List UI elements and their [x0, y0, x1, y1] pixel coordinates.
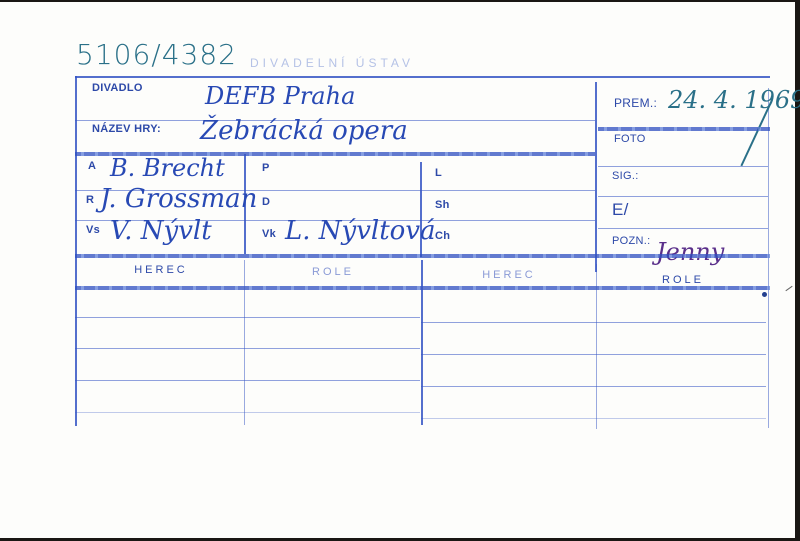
- border-left: [75, 76, 77, 426]
- column-header-role-1: ROLE: [246, 266, 420, 278]
- cast-row-line-4-right: [421, 418, 766, 419]
- cast-cell[interactable]: [248, 354, 418, 376]
- pozn-value[interactable]: Jenny: [656, 238, 724, 266]
- cast-row-line-1-right: [421, 322, 766, 323]
- crew-vs-value[interactable]: V. Nývlt: [110, 216, 212, 246]
- cast-col-divider-1: [244, 260, 245, 425]
- border-right: [768, 88, 769, 428]
- column-header-herec-2: HEREC: [422, 269, 596, 281]
- e-label: E/: [612, 200, 629, 220]
- row-divider-foto: [598, 166, 768, 167]
- divadlo-value[interactable]: DEFB Praha: [205, 82, 355, 110]
- cast-row-line-2-left: [75, 348, 420, 349]
- cast-cell[interactable]: [425, 326, 593, 348]
- crew-r-value[interactable]: J. Grossman: [100, 184, 257, 214]
- cast-cell[interactable]: [600, 390, 765, 412]
- crew-d-label: D: [262, 196, 270, 208]
- nazev-hry-label: NÁZEV HRY:: [92, 123, 161, 135]
- crew-vk-label: Vk: [262, 228, 276, 240]
- cast-row-line-1-left: [75, 317, 420, 318]
- cast-cell[interactable]: [80, 322, 240, 344]
- cast-cell[interactable]: [600, 326, 765, 348]
- cast-col-divider-2: [421, 260, 423, 425]
- crew-vk-value[interactable]: L. Nývltová: [285, 216, 436, 246]
- crew-sh-label: Sh: [435, 199, 450, 211]
- prem-label: PREM.:: [614, 96, 657, 110]
- cast-cell[interactable]: [80, 292, 240, 314]
- crew-r-label: R: [86, 194, 94, 206]
- column-header-herec-1: HEREC: [78, 264, 244, 276]
- crew-ch-label: Ch: [435, 230, 450, 242]
- divider-right-block: [595, 82, 597, 272]
- cast-cell[interactable]: [248, 292, 418, 314]
- nazev-hry-value[interactable]: Žebrácká opera: [200, 116, 408, 146]
- sig-label: SIG.:: [612, 170, 639, 182]
- pencil-tick-mark: [785, 286, 792, 291]
- crew-a-value[interactable]: B. Brecht: [110, 154, 225, 182]
- archive-card: 5106/4382 DIVADELNÍ ÚSTAV DIVADLO DEFB P…: [0, 2, 795, 538]
- cast-cell[interactable]: [600, 358, 765, 380]
- cast-cell[interactable]: [425, 390, 593, 412]
- cast-cell[interactable]: [80, 386, 240, 408]
- cast-row-line-3-left: [75, 380, 420, 381]
- cast-cell[interactable]: [425, 358, 593, 380]
- column-header-role-2: ROLE: [598, 274, 768, 286]
- cast-row-line-4-left: [75, 412, 420, 413]
- cast-row-line-2-right: [421, 354, 766, 355]
- divadlo-label: DIVADLO: [92, 82, 143, 94]
- cast-cell[interactable]: [80, 354, 240, 376]
- cast-header-top: [75, 254, 770, 258]
- row-divider-sig: [598, 196, 768, 197]
- cast-col-divider-3: [596, 264, 597, 429]
- faded-institution-header: DIVADELNÍ ÚSTAV: [250, 56, 414, 70]
- pozn-label: POZN.:: [612, 235, 650, 247]
- crew-p-label: P: [262, 162, 270, 174]
- cast-cell[interactable]: [600, 294, 765, 316]
- cast-cell[interactable]: [248, 322, 418, 344]
- cast-row-line-3-right: [421, 386, 766, 387]
- cast-cell[interactable]: [248, 386, 418, 408]
- border-top: [75, 76, 770, 78]
- foto-label: FOTO: [614, 133, 646, 145]
- crew-a-label: A: [88, 160, 96, 172]
- prem-value[interactable]: 24. 4. 1969: [668, 86, 800, 114]
- archive-number: 5106/4382: [76, 38, 237, 71]
- row-divider-e: [598, 228, 768, 229]
- ink-dot: [762, 292, 767, 297]
- crew-vs-label: Vs: [86, 224, 100, 236]
- cast-cell[interactable]: [425, 294, 593, 316]
- crew-l-label: L: [435, 167, 442, 179]
- row-divider-prem: [598, 127, 770, 131]
